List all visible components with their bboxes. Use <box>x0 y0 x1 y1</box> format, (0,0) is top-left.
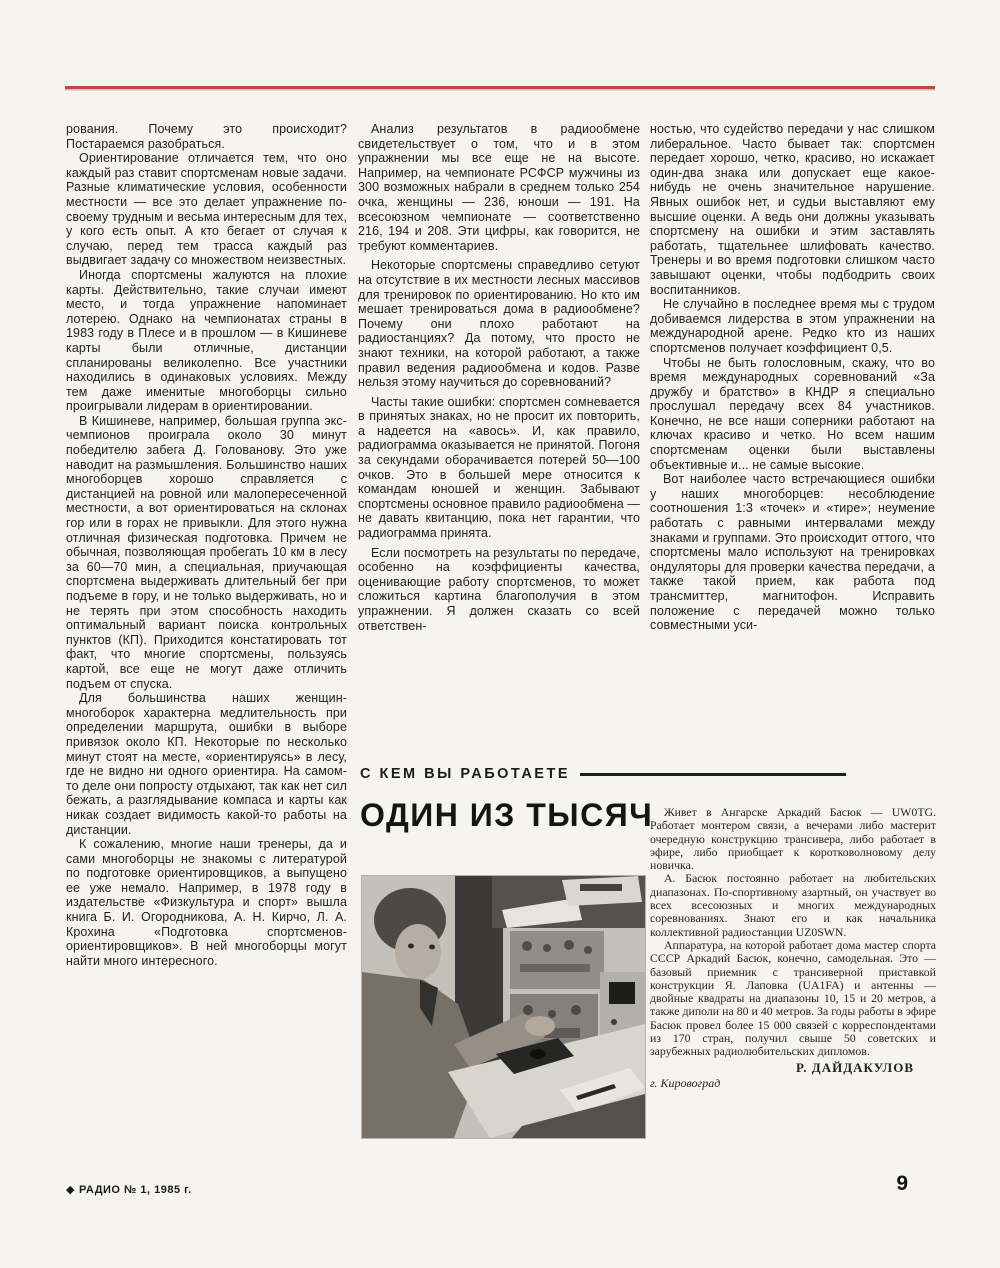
column-right: ностью, что судейство передачи у нас сли… <box>650 122 935 633</box>
paragraph: Часты такие ошибки: спортсмен сомневаетс… <box>358 395 640 541</box>
article-title: ОДИН ИЗ ТЫСЯЧ <box>360 797 653 834</box>
diamond-icon: ◆ <box>66 1185 75 1196</box>
caption-paragraph: А. Басюк постоянно работает на любительс… <box>650 872 936 938</box>
paragraph: рования. Почему это происходит? Постарае… <box>66 122 347 151</box>
magazine-page: рования. Почему это происходит? Постарае… <box>0 0 1000 1268</box>
footer-journal-text: РАДИО № 1, 1985 г. <box>79 1184 192 1196</box>
caption-paragraph: Живет в Ангарске Аркадий Басюк — UW0TG. … <box>650 806 936 872</box>
author-signature: Р. ДАЙДАКУЛОВ <box>650 1061 936 1074</box>
paragraph: ностью, что судейство передачи у нас сли… <box>650 122 935 297</box>
paragraph: Некоторые спортсмены справедливо сетуют … <box>358 258 640 389</box>
photo-caption: Живет в Ангарске Аркадий Басюк — UW0TG. … <box>650 806 936 1090</box>
paragraph: Чтобы не быть голословным, скажу, что во… <box>650 356 935 473</box>
paragraph: Для большинства наших женщин-многоборок … <box>66 691 347 837</box>
paragraph: Не случайно в последнее время мы с трудо… <box>650 297 935 355</box>
column-left: рования. Почему это происходит? Постарае… <box>66 122 347 968</box>
paragraph: Если посмотреть на результаты по передач… <box>358 546 640 634</box>
page-number: 9 <box>896 1172 908 1196</box>
footer-journal-line: ◆ РАДИО № 1, 1985 г. <box>66 1184 192 1196</box>
paragraph: Иногда спортсмены жалуются на плохие кар… <box>66 268 347 414</box>
section-kicker: С КЕМ ВЫ РАБОТАЕТЕ <box>360 766 570 782</box>
location-line: г. Кировоград <box>650 1077 936 1090</box>
section-kicker-row: С КЕМ ВЫ РАБОТАЕТЕ <box>360 766 846 782</box>
paragraph: В Кишиневе, например, большая группа экс… <box>66 414 347 691</box>
paragraph: Анализ результатов в радиообмене свидете… <box>358 122 640 253</box>
paragraph: Ориентирование отличается тем, что оно к… <box>66 151 347 268</box>
kicker-rule <box>580 773 846 776</box>
top-red-rule <box>65 86 935 89</box>
column-middle: Анализ результатов в радиообмене свидете… <box>358 122 640 633</box>
paragraph: Вот наиболее часто встречающиеся ошибки … <box>650 472 935 633</box>
paragraph: К сожалению, многие наши тренеры, да и с… <box>66 837 347 968</box>
caption-paragraph: Аппаратура, на которой работает дома мас… <box>650 939 936 1059</box>
photo-illustration <box>362 876 645 1138</box>
photo-radio-operator <box>362 876 645 1138</box>
